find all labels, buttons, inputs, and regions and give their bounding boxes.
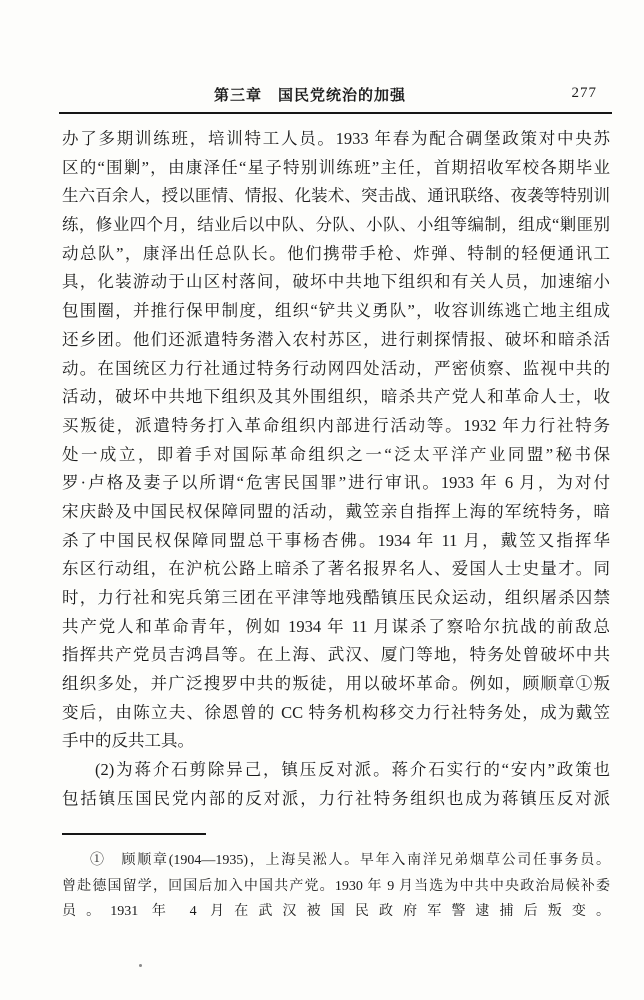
body-line: 练，修业四个月，结业后以中队、分队、小队、小组等编制，组成“剿匪别 — [62, 211, 610, 240]
header-rule — [59, 112, 612, 114]
book-page: 第三章 国民党统治的加强 277 办了多期训练班，培训特工人员。1933 年春为… — [0, 0, 644, 1000]
body-line: 杀了中国民权保障同盟总干事杨杏佛。1934 年 11 月，戴笠又指挥华 — [62, 527, 610, 556]
footnote-line: 曾赴德国留学，回国后加入中国共产党。1930 年 9 月当选为中共中央政治局候补… — [62, 874, 610, 900]
body-line: 动总队”，康泽出任总队长。他们携带手枪、炸弹、特制的轻便通讯工 — [62, 240, 610, 269]
body-line: 动。在国统区力行社通过特务行动网四处活动，严密侦察、监视中共的 — [62, 355, 610, 384]
footnote-line: ① 顾顺章(1904—1935)，上海吴淞人。早年入南洋兄弟烟草公司任事务员。 — [62, 848, 610, 874]
body-line: 包围圈，并推行保甲制度，组织“铲共义勇队”，收容训练逃亡地主组成 — [62, 297, 610, 326]
running-head-chapter-title: 第三章 国民党统治的加强 — [0, 84, 620, 105]
body-line: 时，力行社和宪兵第三团在平津等地残酷镇压民众运动，组织屠杀囚禁 — [62, 584, 610, 613]
body-line: 具，化装游动于山区村落间，破坏中共地下组织和有关人员，加速缩小 — [62, 268, 610, 297]
body-line: (2)为蒋介石剪除异己，镇压反对派。蒋介石实行的“安内”政策也 — [62, 756, 610, 785]
body-line: 宋庆龄及中国民权保障同盟的活动，戴笠亲自指挥上海的军统特务，暗 — [62, 498, 610, 527]
footnote-divider — [62, 833, 206, 835]
body-line: 处一成立，即着手对国际革命组织之一“泛太平洋产业同盟”秘书保 — [62, 441, 610, 470]
footnote: ① 顾顺章(1904—1935)，上海吴淞人。早年入南洋兄弟烟草公司任事务员。曾… — [62, 848, 610, 925]
body-line: 区的“围剿”，由康泽任“星子特别训练班”主任，首期招收军校各期毕业 — [62, 154, 610, 183]
body-text: 办了多期训练班，培训特工人员。1933 年春为配合碉堡政策对中央苏区的“围剿”，… — [62, 125, 610, 814]
body-line: 活动，破坏中共地下组织及其外围组织，暗杀共产党人和革命人士，收 — [62, 383, 610, 412]
body-line: 还乡团。他们还派遣特务潜入农村苏区，进行刺探情报、破坏和暗杀活 — [62, 326, 610, 355]
body-line: 办了多期训练班，培训特工人员。1933 年春为配合碉堡政策对中央苏 — [62, 125, 610, 154]
body-line: 包括镇压国民党内部的反对派，力行社特务组织也成为蒋镇压反对派 — [62, 785, 610, 814]
body-line: 生六百余人，授以匪情、情报、化装术、突击战、通讯联络、夜袭等特别训 — [62, 182, 610, 211]
body-line: 共产党人和革命青年，例如 1934 年 11 月谋杀了察哈尔抗战的前敌总 — [62, 613, 610, 642]
page-number: 277 — [572, 85, 598, 102]
body-line: 组织多处，并广泛搜罗中共的叛徒，用以破坏革命。例如，顾顺章①叛 — [62, 670, 610, 699]
body-line: 罗·卢格及妻子以所谓“危害民国罪”进行审讯。1933 年 6 月，为对付 — [62, 469, 610, 498]
scan-speck-artifact — [139, 964, 142, 967]
body-line: 变后，由陈立夫、徐恩曾的 CC 特务机构移交力行社特务处，成为戴笠 — [62, 699, 610, 728]
body-line: 买叛徒，派遣特务打入革命组织内部进行活动等。1932 年力行社特务 — [62, 412, 610, 441]
body-line: 手中的反共工具。 — [62, 727, 610, 756]
body-line: 指挥共产党员吉鸿昌等。在上海、武汉、厦门等地，特务处曾破坏中共 — [62, 641, 610, 670]
footnote-line: 员。1931 年 4 月在武汉被国民政府军警逮捕后叛变。 — [62, 899, 610, 925]
body-line: 东区行动组，在沪杭公路上暗杀了著名报界名人、爱国人士史量才。同 — [62, 555, 610, 584]
